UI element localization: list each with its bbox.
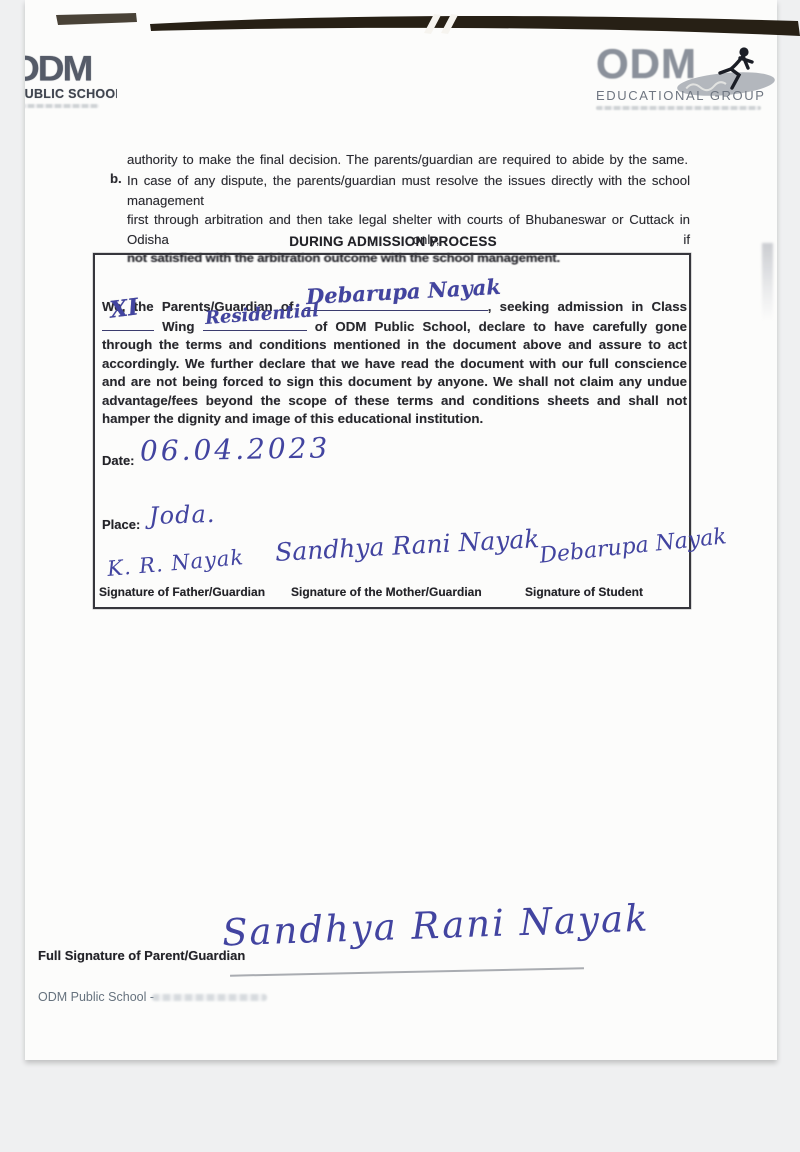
footer-school-line: ODM Public School -	[38, 990, 154, 1004]
mother-signature-label: Signature of the Mother/Guardian	[291, 585, 482, 599]
right-logo-tagline-blur	[596, 106, 761, 110]
educational-group-text: EDUCATIONAL GROUP	[596, 88, 781, 103]
wing-field: Residential	[203, 317, 307, 331]
class-field: XI	[102, 317, 154, 331]
odm-public-school-logo: ODM PUBLIC SCHOOL	[25, 52, 117, 122]
wing-label: Wing	[162, 319, 194, 334]
terms-item-b-marker: b.	[110, 171, 122, 186]
declaration-box: We, the Parents/Guardian of Debarupa Nay…	[93, 253, 691, 609]
place-handwriting: Joda.	[149, 500, 216, 530]
date-label: Date:	[102, 453, 135, 468]
odm-educational-group-logo: ODM EDUCATIONAL GROUP	[596, 42, 781, 120]
section-title: DURING ADMISSION PROCESS	[93, 234, 693, 249]
father-signature-label: Signature of Father/Guardian	[99, 585, 265, 599]
mother-signature-handwriting: Sandhya Rani Nayak	[274, 524, 540, 567]
terms-item-b-line1: In case of any dispute, the parents/guar…	[127, 171, 690, 210]
declaration-paragraph: We, the Parents/Guardian of Debarupa Nay…	[102, 297, 687, 429]
public-school-logo-text: PUBLIC SCHOOL	[25, 87, 117, 101]
left-logo-tagline-blur	[25, 104, 99, 108]
declaration-body: of ODM Public School, declare to have ca…	[102, 319, 687, 427]
scan-edge-smudge	[762, 243, 773, 321]
declaration-after-name: , seeking admission in Class	[488, 299, 687, 314]
place-label: Place:	[102, 517, 140, 532]
father-signature-handwriting: K. R. Nayak	[106, 545, 245, 581]
scanned-document-page: ODM PUBLIC SCHOOL ODM EDUCATIONAL GROUP …	[0, 0, 800, 1152]
student-name-field: Debarupa Nayak	[302, 297, 488, 311]
class-handwriting: XI	[109, 298, 140, 320]
odm-logo-text: ODM	[25, 53, 117, 85]
terms-carryover-line: authority to make the final decision. Th…	[127, 152, 692, 167]
footer-faint-text-blur	[152, 994, 267, 1001]
date-handwriting: 06.04.2023	[140, 431, 331, 467]
full-signature-label: Full Signature of Parent/Guardian	[38, 948, 245, 963]
student-name-handwriting: Debarupa Nayak	[305, 278, 501, 307]
student-signature-label: Signature of Student	[525, 585, 643, 599]
